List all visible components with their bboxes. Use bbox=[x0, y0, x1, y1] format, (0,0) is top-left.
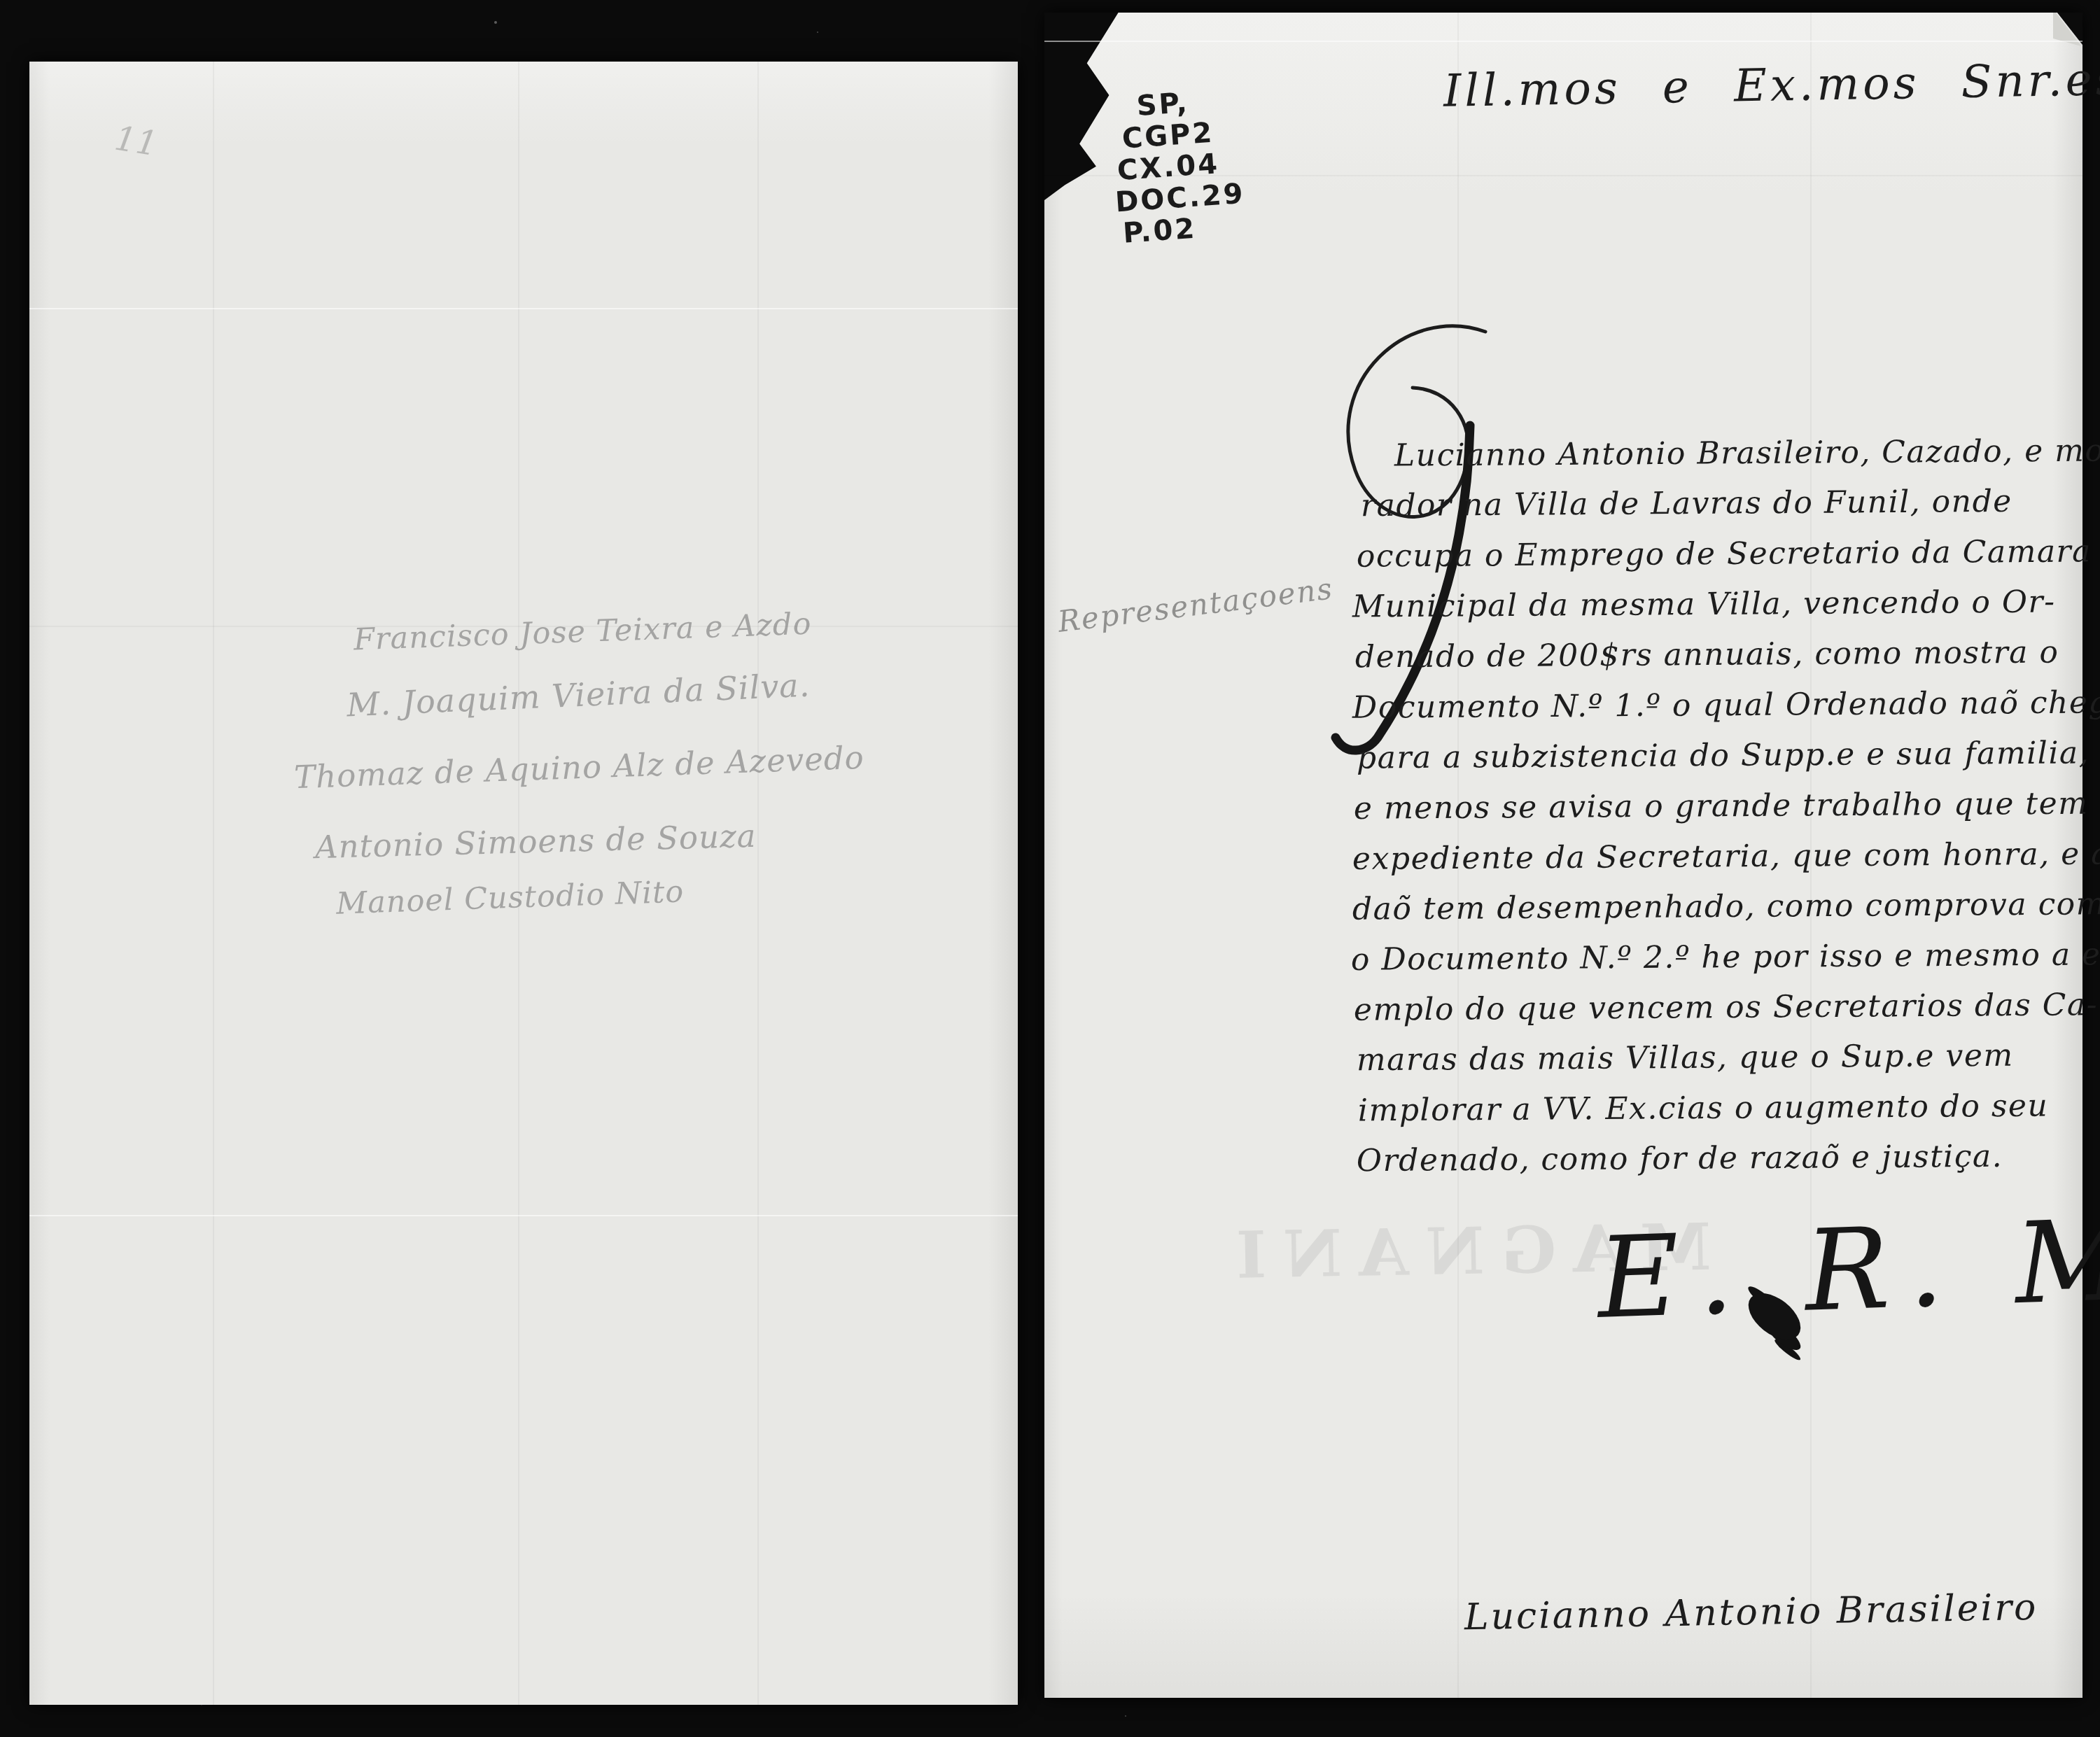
signature: Lucianno Antonio Brasileiro bbox=[1464, 1587, 2038, 1638]
body-line: occupa o Emprego de Secretario da Camara bbox=[1357, 533, 2092, 574]
body-line: para a subzistencia do Supp.e e sua fami… bbox=[1357, 735, 2089, 775]
body-line: Lucianno Antonio Brasileiro, Cazado, e m… bbox=[1394, 433, 2100, 473]
paper-crease bbox=[29, 1215, 1018, 1216]
docket-annotation: Representaçoens bbox=[1056, 571, 1335, 639]
paper-crease bbox=[29, 308, 1018, 309]
archive-code-line: P.02 bbox=[1122, 210, 1248, 250]
left-page: 11 Francisco Jose Teixra e Azdo M. Joaqu… bbox=[29, 62, 1018, 1705]
manuscript-scan: 11 Francisco Jose Teixra e Azdo M. Joaqu… bbox=[0, 0, 2100, 1737]
body-line: Documento N.º 1.º o qual Ordenado naõ ch… bbox=[1352, 684, 2100, 726]
body-line: maras das mais Villas, que o Sup.e vem bbox=[1357, 1038, 2014, 1078]
body-line: rador na Villa de Lavras do Funil, onde bbox=[1361, 484, 2012, 523]
signatory-name: M. Joaquim Vieira da Silva. bbox=[346, 666, 811, 724]
archive-reference-code: SP, CGP2 CX.04 DOC.29 P.02 bbox=[1112, 84, 1248, 250]
body-line: expediente da Secretaria, que com honra,… bbox=[1352, 836, 2100, 877]
body-line: denado de 200$rs annuais, como mostra o bbox=[1355, 634, 2059, 675]
body-line: o Documento N.º 2.º he por isso e mesmo … bbox=[1351, 936, 2100, 978]
signatory-name: Francisco Jose Teixra e Azdo bbox=[353, 607, 812, 658]
body-line: implorar a VV. Ex.cias o augmento do seu bbox=[1358, 1088, 2049, 1129]
body-line: Ordenado, como for de razaõ e justiça. bbox=[1357, 1139, 2003, 1179]
body-line: daõ tem desempenhado, como comprova com bbox=[1352, 886, 2100, 927]
paper-crease bbox=[1044, 41, 2082, 42]
body-line: emplo do que vencem os Secretarios das C… bbox=[1354, 987, 2098, 1027]
signatory-name: Thomaz de Aquino Alz de Azevedo bbox=[293, 739, 864, 796]
right-page: SP, CGP2 CX.04 DOC.29 P.02 Ill.mos e Ex.… bbox=[1044, 13, 2082, 1698]
dust-specks bbox=[494, 21, 497, 24]
pencil-page-number: 11 bbox=[112, 119, 160, 164]
signatory-name: Antonio Simoens de Souza bbox=[314, 817, 757, 866]
body-line: e menos se avisa o grande trabalho que t… bbox=[1354, 785, 2100, 827]
closing-initials: E. R. M. bbox=[1595, 1192, 2100, 1344]
letter-salutation: Ill.mos e Ex.mos Snr.es bbox=[1443, 55, 2073, 118]
signatory-name: Manoel Custodio Nito bbox=[335, 874, 685, 921]
body-line: Municipal da mesma Villa, vencendo o Or- bbox=[1352, 584, 2056, 624]
